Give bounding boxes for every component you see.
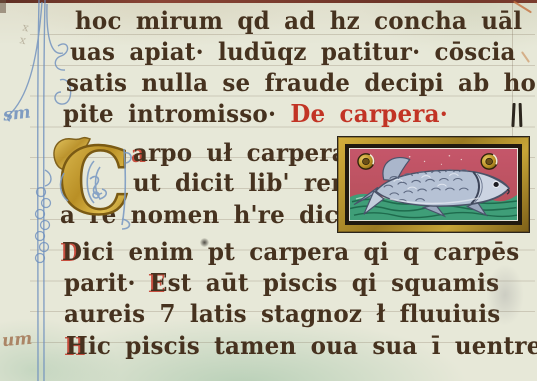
text-segment: rpo uł carpera [148, 139, 347, 167]
text-line: satis nulla se fraude decipi ab hos [66, 69, 537, 98]
text-segment: st aūt piscis qi squamis [168, 269, 500, 297]
gold-roundel-icon [481, 154, 497, 169]
text-segment: uas apiat· ludūqz patitur· cōscia [70, 38, 516, 66]
line-filler-mark [509, 103, 525, 127]
text-line: Dici enim pt carpera qi q carpēs [62, 238, 519, 267]
miniature-field [349, 148, 518, 221]
gold-roundel-icon [358, 154, 374, 169]
text-segment: pite intromisso· [63, 100, 290, 128]
text-line: arpo uł carpera [133, 139, 347, 168]
text-segment: satis nulla se fraude decipi ab hos [66, 69, 537, 97]
manuscript-page: sm um xx hoc mirum qd ad hz concha uāl u… [0, 0, 537, 381]
text-segment: ic piscis tamen oua sua ī uentre [88, 332, 537, 360]
fish-miniature [337, 136, 530, 233]
text-line: Hic piscis tamen oua sua ī uentre [66, 332, 537, 361]
text-segment: ut dicit lib' rerz [133, 169, 357, 197]
text-line: uas apiat· ludūqz patitur· cōscia [70, 38, 516, 67]
text-line-with-rubric: pite intromisso· De carpera· [63, 100, 448, 129]
text-segment: D [62, 238, 82, 266]
margin-stroke [521, 51, 530, 63]
initial-letter: C [58, 133, 131, 231]
margin-scribble-bottom: um [1, 329, 33, 352]
text-line: parit· Est aūt piscis qi squamis [64, 269, 499, 298]
text-segment: E [150, 269, 168, 297]
text-segment: aureis 7 latis stagnoz ł fluuiuis [64, 300, 500, 328]
margin-scribble-top: sm [2, 102, 32, 125]
text-segment: hoc mirum qd ad hz concha uāl [75, 7, 522, 35]
fish-eye [493, 181, 499, 187]
ink-blot [200, 238, 209, 247]
text-line: ut dicit lib' rerz [133, 169, 357, 198]
text-line: hoc mirum qd ad hz concha uāl [75, 7, 522, 36]
illuminated-initial: C [50, 133, 140, 231]
page-edge [0, 0, 537, 3]
smudge [486, 264, 524, 326]
text-segment: ici enim pt carpera qi q carpēs [82, 238, 519, 266]
text-segment: H [66, 332, 88, 360]
text-segment: parit· [64, 269, 150, 297]
rubric-heading: De carpera· [290, 100, 448, 128]
text-line: aureis 7 latis stagnoz ł fluuiuis [64, 300, 500, 329]
